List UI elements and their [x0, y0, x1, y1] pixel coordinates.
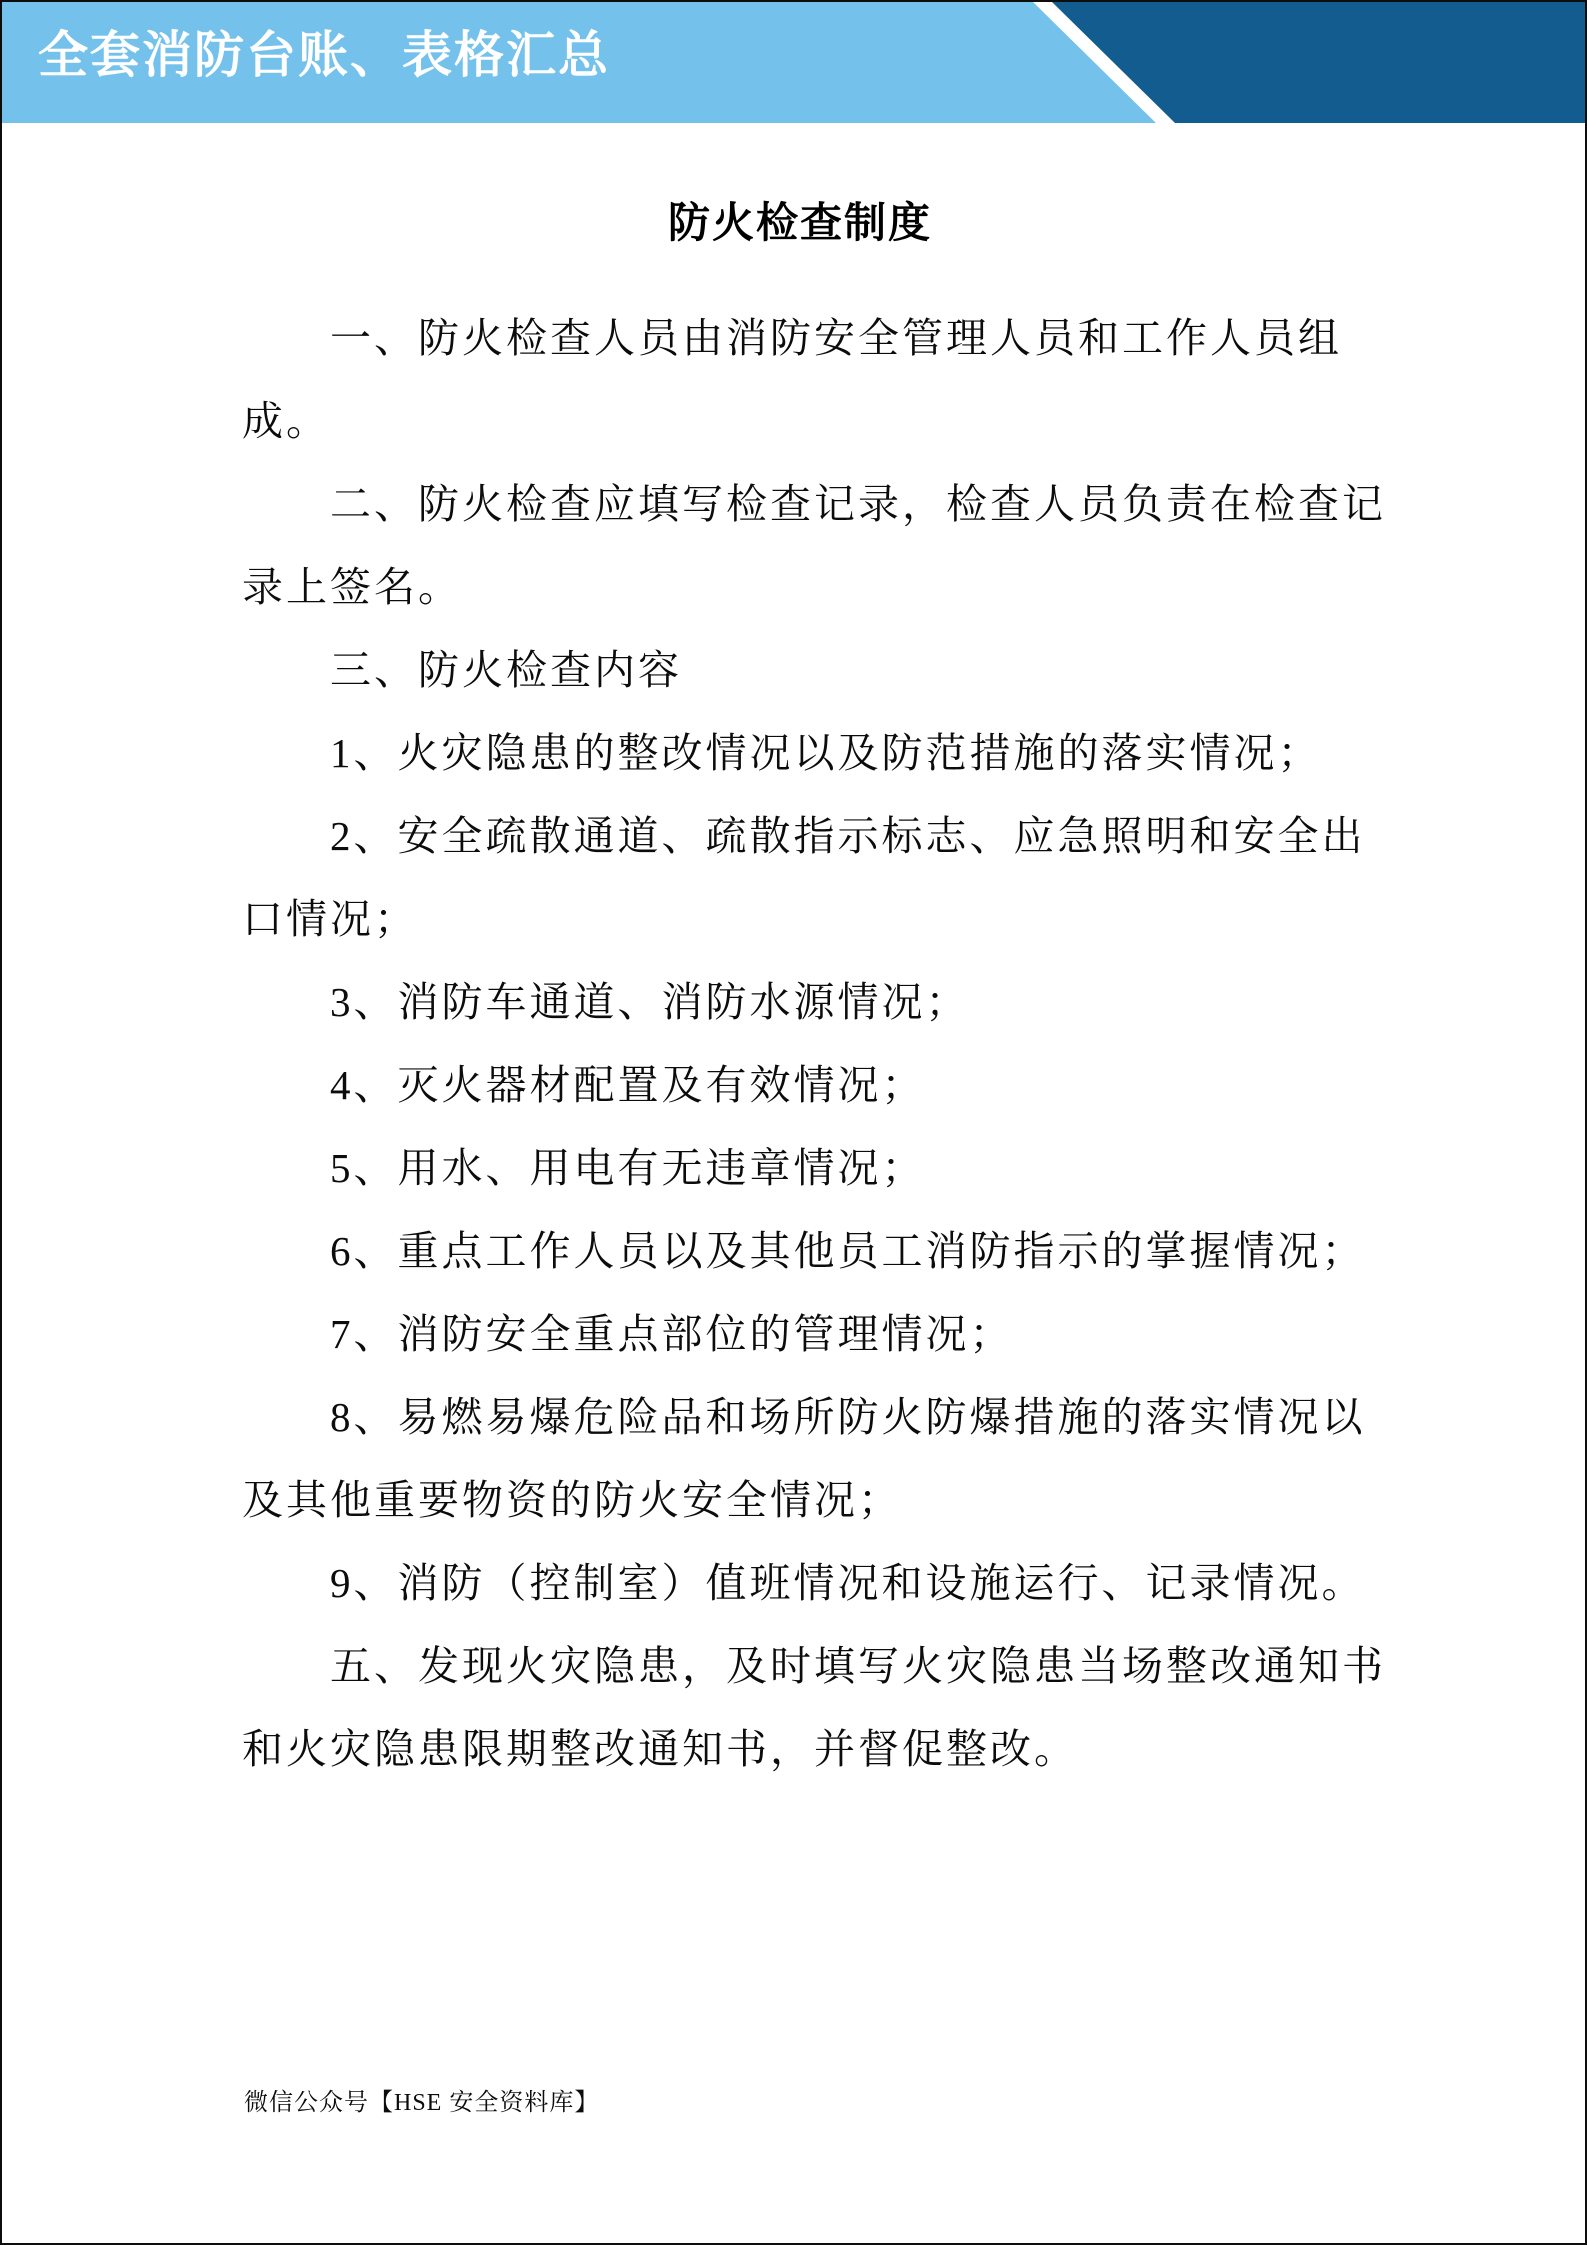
body-line: 1、火灾隐患的整改情况以及防范措施的落实情况； — [242, 712, 1358, 795]
document-body: 一、防火检查人员由消防安全管理人员和工作人员组成。二、防火检查应填写检查记录，检… — [242, 297, 1358, 1791]
body-line: 及其他重要物资的防火安全情况； — [242, 1459, 1358, 1542]
body-line: 成。 — [242, 380, 1358, 463]
body-line: 录上签名。 — [242, 546, 1358, 629]
page: 全套消防台账、表格汇总 防火检查制度 一、防火检查人员由消防安全管理人员和工作人… — [0, 0, 1587, 2245]
body-line: 5、用水、用电有无违章情况； — [242, 1127, 1358, 1210]
body-line: 三、防火检查内容 — [242, 629, 1358, 712]
document-title: 防火检查制度 — [242, 199, 1358, 247]
footer-text: 微信公众号【HSE 安全资料库】 — [244, 2090, 599, 2116]
body-line: 8、易燃易爆危险品和场所防火防爆措施的落实情况以 — [242, 1376, 1358, 1459]
body-line: 一、防火检查人员由消防安全管理人员和工作人员组 — [242, 297, 1358, 380]
body-line: 4、灭火器材配置及有效情况； — [242, 1044, 1358, 1127]
body-line: 2、安全疏散通道、疏散指示标志、应急照明和安全出 — [242, 795, 1358, 878]
body-line: 二、防火检查应填写检查记录，检查人员负责在检查记 — [242, 463, 1358, 546]
banner-title: 全套消防台账、表格汇总 — [38, 28, 610, 83]
body-line: 3、消防车通道、消防水源情况； — [242, 961, 1358, 1044]
body-line: 和火灾隐患限期整改通知书，并督促整改。 — [242, 1708, 1358, 1791]
header-banner: 全套消防台账、表格汇总 — [2, 2, 1585, 123]
body-line: 6、重点工作人员以及其他员工消防指示的掌握情况； — [242, 1210, 1358, 1293]
document: 防火检查制度 一、防火检查人员由消防安全管理人员和工作人员组成。二、防火检查应填… — [2, 199, 1585, 1791]
body-line: 7、消防安全重点部位的管理情况； — [242, 1293, 1358, 1376]
body-line: 口情况； — [242, 878, 1358, 961]
body-line: 五、发现火灾隐患，及时填写火灾隐患当场整改通知书 — [242, 1625, 1358, 1708]
body-line: 9、消防（控制室）值班情况和设施运行、记录情况。 — [242, 1542, 1358, 1625]
footer: 微信公众号【HSE 安全资料库】 — [244, 2082, 599, 2117]
